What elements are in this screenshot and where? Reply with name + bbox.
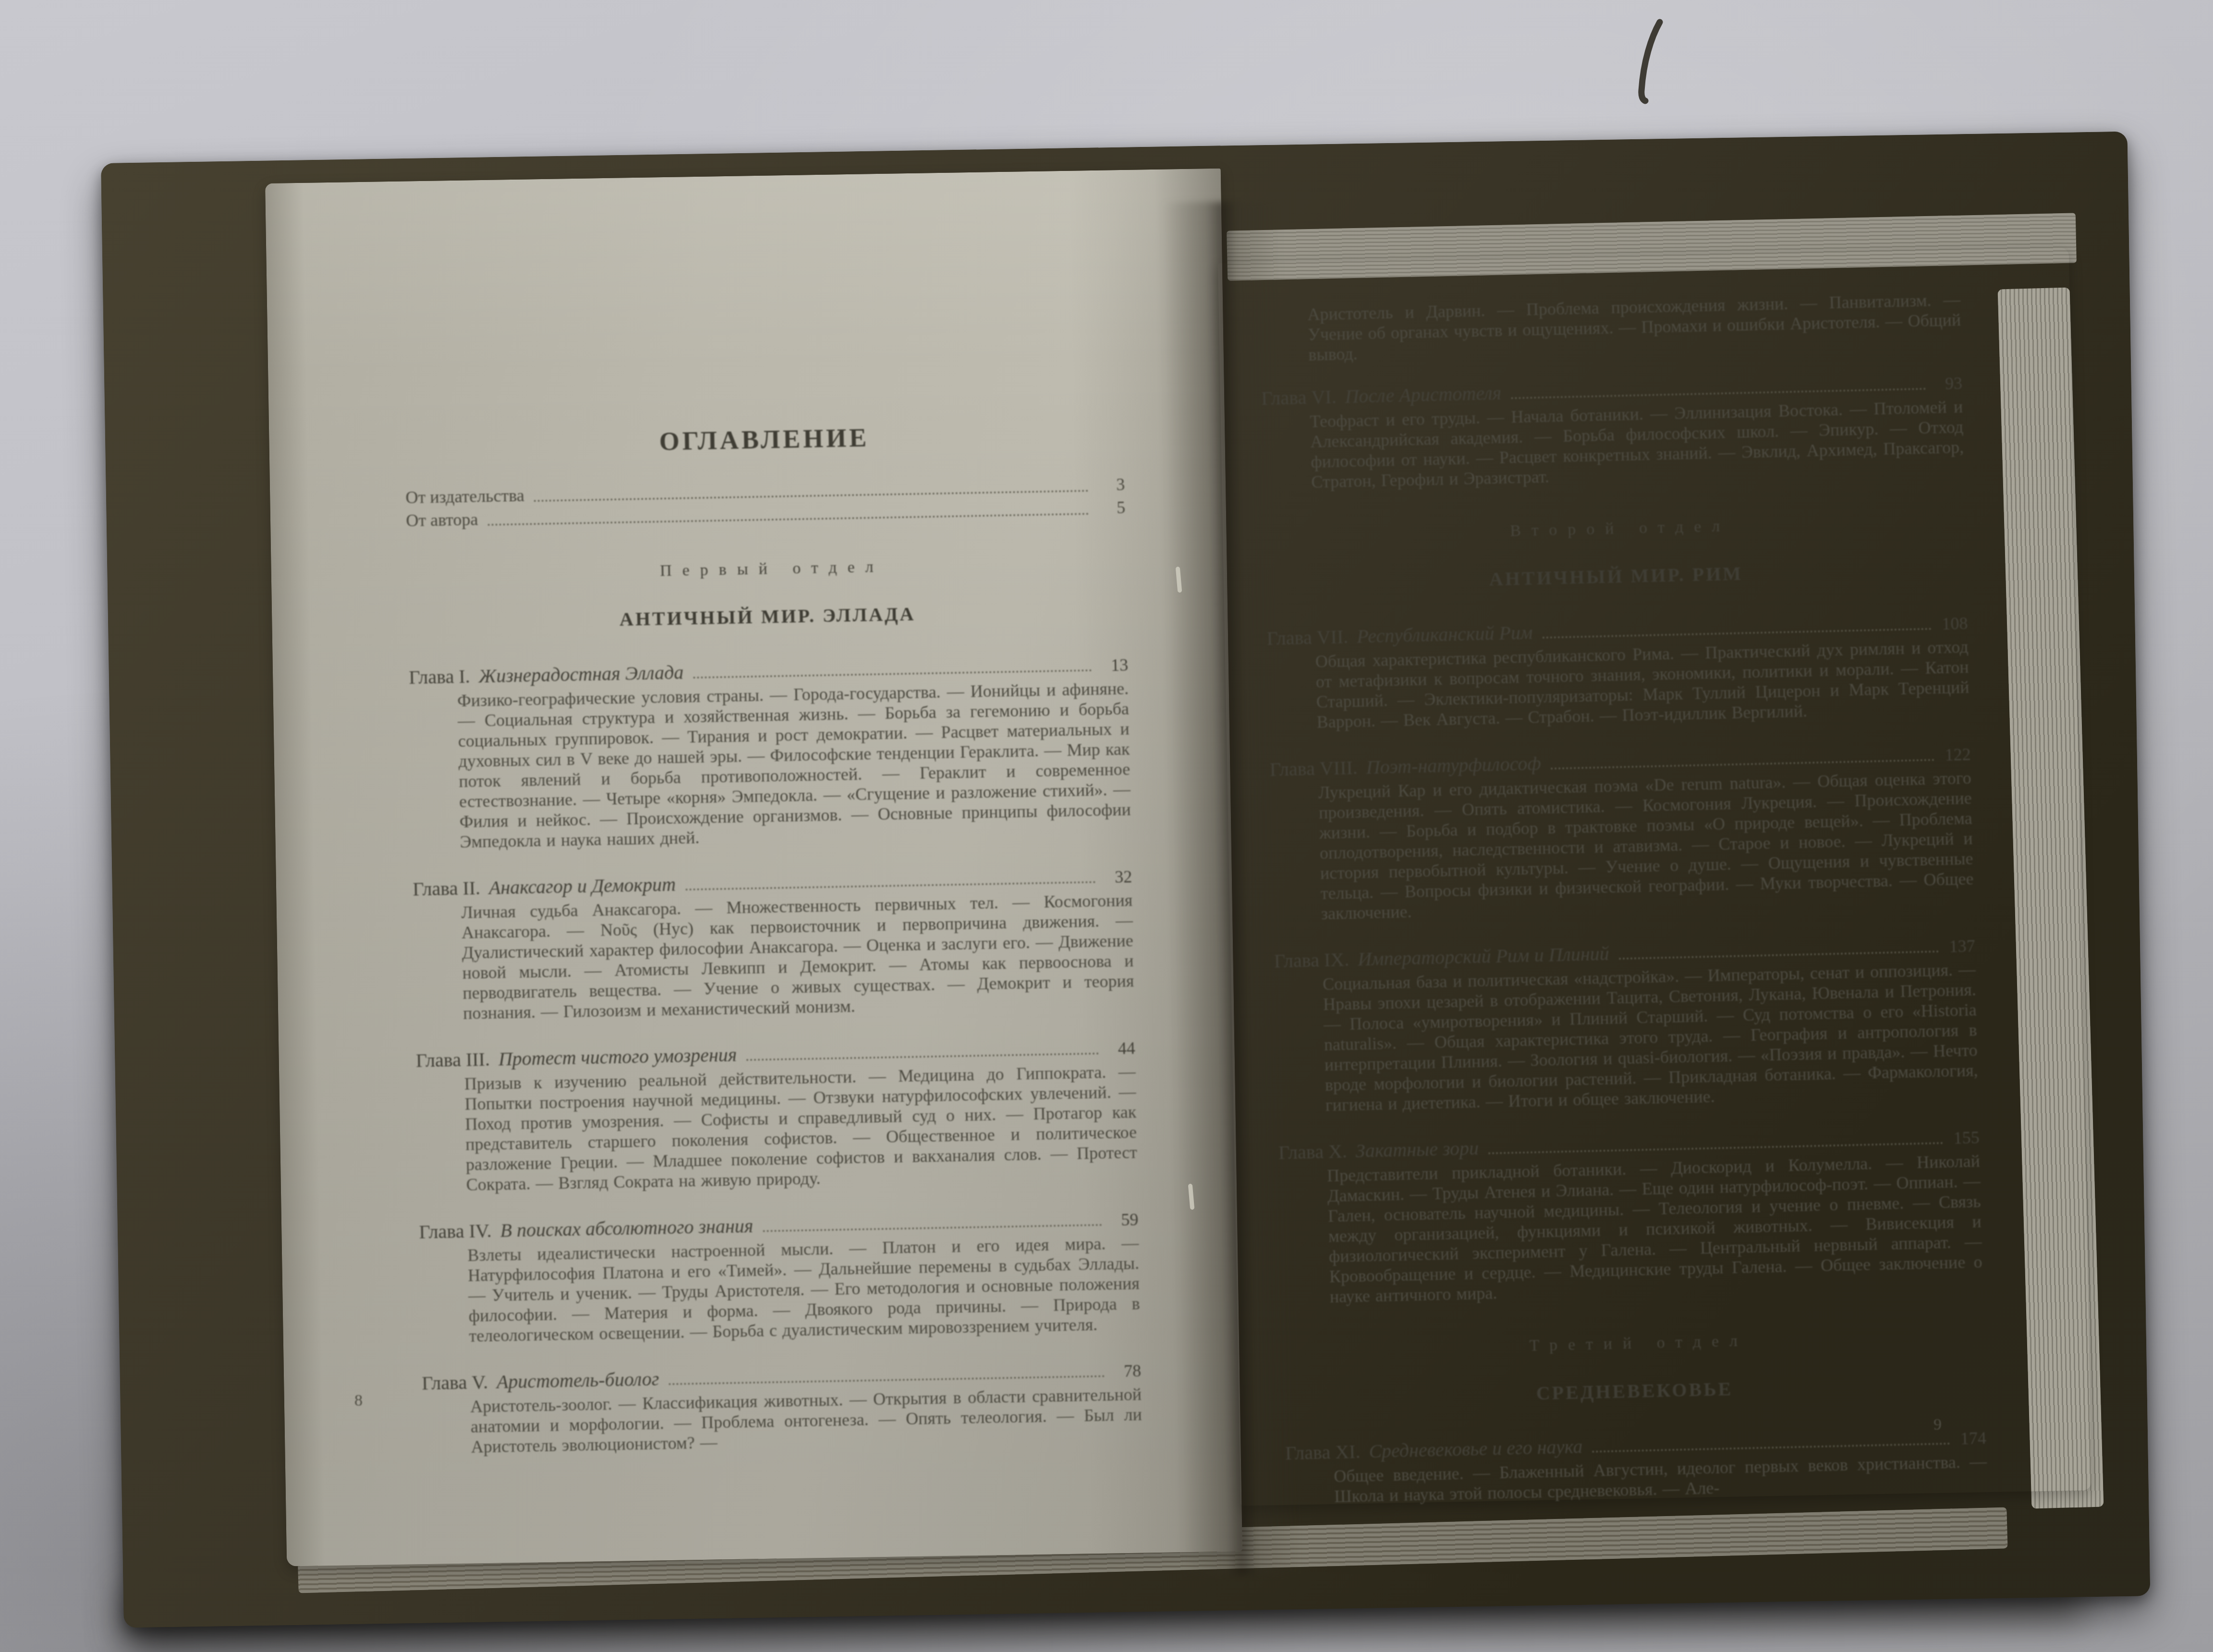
toc-entry: Глава VIII. Поэт-натурфилософ 122 Лукрец… xyxy=(1269,742,1974,925)
dot-leader xyxy=(1511,388,1926,400)
page-number: 137 xyxy=(1947,936,1975,957)
page-number: 122 xyxy=(1943,744,1971,765)
chapter-number: Глава III. xyxy=(416,1048,490,1072)
chapter-summary: Призыв к изучению реальной действительно… xyxy=(464,1061,1138,1195)
chapter-title: Протест чистого умозрения xyxy=(498,1044,737,1070)
chapter-title: Анаксагор и Демокрит xyxy=(489,873,676,899)
page-number: 59 xyxy=(1110,1209,1139,1230)
dot-leader xyxy=(1551,759,1934,769)
toc-entry: Глава XI. Средневековье и его наука 174 … xyxy=(1285,1426,1988,1507)
chapter-title: В поисках абсолютного знания xyxy=(500,1215,754,1242)
dot-leader xyxy=(1543,628,1932,638)
dot-leader xyxy=(685,881,1095,891)
chapter-summary: Общая характеристика республиканского Ри… xyxy=(1315,637,1970,732)
chapter-number: Глава IX. xyxy=(1274,948,1349,972)
right-page-text: Аристотель и Дарвин. — Проблема происхож… xyxy=(1259,290,1988,1532)
dot-leader xyxy=(1619,950,1939,960)
dot-leader xyxy=(693,669,1092,679)
dot-leader xyxy=(1592,1443,1950,1453)
page-number: 155 xyxy=(1951,1127,1980,1148)
page-number: 44 xyxy=(1107,1038,1135,1058)
toc-entry: Глава II. Анаксагор и Демокрит 32 Личная… xyxy=(413,864,1134,1024)
chapter-title: Закатные зори xyxy=(1355,1137,1479,1162)
toc-entry: Глава IV. В поисках абсолютного знания 5… xyxy=(419,1207,1141,1347)
section-title: СРЕДНЕВЕКОВЬЕ xyxy=(1284,1372,1985,1410)
toc-entry: Глава I. Жизнерадостная Эллада 13 Физико… xyxy=(409,653,1131,852)
chapter-number: Глава IV. xyxy=(419,1219,492,1243)
chapter-title: После Аристотеля xyxy=(1345,382,1502,408)
page-number: 78 xyxy=(1113,1360,1142,1381)
page-folio-right: 9 xyxy=(1933,1416,1942,1434)
chapter-title: Республиканский Рим xyxy=(1357,621,1533,647)
dot-leader xyxy=(747,1053,1099,1061)
front-matter-label: От автора xyxy=(406,508,478,532)
chapter-number: Глава XI. xyxy=(1285,1440,1361,1465)
toc-entry: Глава X. Закатные зори 155 Представители… xyxy=(1278,1125,1982,1308)
chapter-number: Глава VIII. xyxy=(1269,756,1358,781)
toc-entry: Глава VII. Республиканский Рим 108 Общая… xyxy=(1266,611,1970,733)
front-matter-label: От издательства xyxy=(405,484,524,509)
chapter-summary: Аристотель-зоолог. — Классификация живот… xyxy=(470,1384,1143,1457)
page-number: 5 xyxy=(1097,496,1126,520)
chapter-summary: Взлеты идеалистически настроенной мысли.… xyxy=(467,1233,1141,1346)
section-title: АНТИЧНЫЙ МИР. РИМ xyxy=(1265,557,1967,595)
chapter-number: Глава V. xyxy=(422,1371,488,1395)
chapter-number: Глава I. xyxy=(409,665,470,689)
chapter-summary: Представители прикладной ботаники. — Дио… xyxy=(1327,1151,1983,1307)
dot-leader xyxy=(763,1224,1102,1232)
toc-entry: Глава V. Аристотель-биолог 78 Аристотель… xyxy=(422,1359,1143,1458)
dot-leader xyxy=(1488,1142,1943,1154)
page-number: 3 xyxy=(1097,473,1125,497)
chapter-number: Глава VI. xyxy=(1261,385,1337,410)
page-folio-left: 8 xyxy=(354,1392,363,1410)
chapter-title: Жизнерадостная Эллада xyxy=(478,661,683,687)
page-number: 13 xyxy=(1100,655,1129,675)
section-title: АНТИЧНЫЙ МИР. ЭЛЛАДА xyxy=(408,598,1128,634)
page-number: 93 xyxy=(1934,373,1963,394)
pen-mark-icon xyxy=(1622,18,1680,105)
section-kicker: Третий отдел xyxy=(1283,1326,1984,1360)
page-number: 32 xyxy=(1104,866,1132,887)
chapter-summary: Социальная база и политическая «надстрой… xyxy=(1323,960,1979,1116)
chapter-title: Средневековье и его наука xyxy=(1369,1435,1583,1462)
chapter-summary: Лукреций Кар и его дидактическая поэма «… xyxy=(1318,768,1974,924)
chapter-summary: Личная судьба Анаксагора. — Множественно… xyxy=(461,890,1134,1023)
chapter-number: Глава II. xyxy=(413,876,480,900)
left-page-text: ОГЛАВЛЕНИЕ От издательства 3 От автора 5… xyxy=(404,418,1143,1483)
chapter-number: Глава X. xyxy=(1278,1140,1347,1164)
chapter-title: Поэт-натурфилософ xyxy=(1366,752,1541,778)
chapter-title: Императорский Рим и Плиний xyxy=(1358,942,1610,971)
book-photo: ОГЛАВЛЕНИЕ От издательства 3 От автора 5… xyxy=(0,0,2213,1652)
page-number: 108 xyxy=(1940,613,1968,634)
toc-entry: Глава VI. После Аристотеля 93 Теофраст и… xyxy=(1261,371,1965,493)
section-kicker: Первый отдел xyxy=(407,554,1126,585)
dot-leader xyxy=(488,513,1089,526)
chapter-title: Аристотель-биолог xyxy=(497,1368,659,1393)
chapter-summary: Теофраст и его труды. — Начала ботаники.… xyxy=(1310,397,1964,492)
dot-leader xyxy=(669,1375,1105,1385)
toc-entry: Глава III. Протест чистого умозрения 44 … xyxy=(416,1036,1138,1195)
chapter-summary: Физико-географические условия страны. — … xyxy=(457,678,1131,852)
toc-entry: Глава IX. Императорский Рим и Плиний 137… xyxy=(1274,934,1978,1117)
chapter-number: Глава VII. xyxy=(1266,625,1349,650)
section-kicker: Второй отдел xyxy=(1265,512,1966,546)
page-number: 174 xyxy=(1958,1428,1986,1448)
